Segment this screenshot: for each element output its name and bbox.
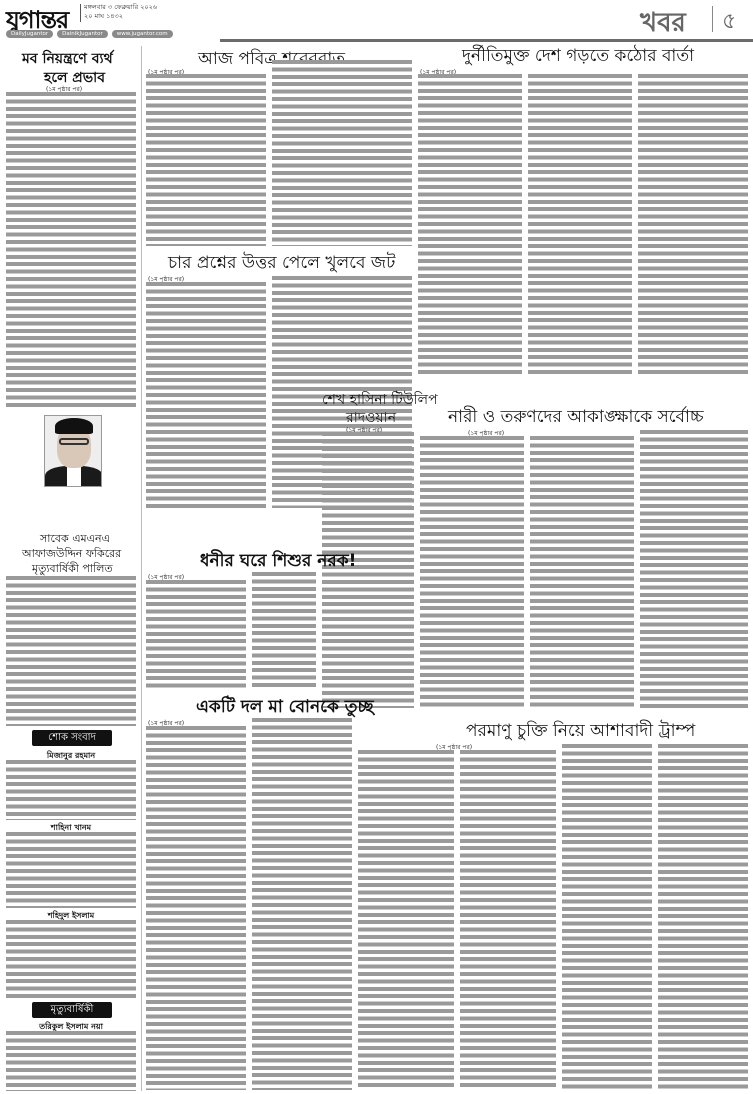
divider <box>80 4 81 22</box>
website-link[interactable]: www.jugantor.com <box>112 30 173 38</box>
article-body <box>418 74 522 374</box>
headline-nuclear-deal-trump: পরমাণু চুক্তি নিয়ে আশাবাদী ট্রাম্প <box>466 718 695 746</box>
article-body <box>146 74 266 246</box>
social-links: DailyJugantor DainikJugantor www.juganto… <box>6 30 173 38</box>
article-body <box>252 718 352 1090</box>
date-block: মঙ্গলবার ৩ ফেব্রুয়ারি ২০২৬ ২০ মাঘ ১৪৩২ <box>84 3 157 21</box>
article-body <box>146 726 246 1090</box>
social-x-link[interactable]: DailyJugantor <box>6 30 53 38</box>
divider <box>712 6 713 32</box>
article-body <box>640 430 748 708</box>
article-body <box>420 436 524 708</box>
article-body <box>6 920 136 1000</box>
date-bangla: ২০ মাঘ ১৪৩২ <box>84 12 157 21</box>
article-body <box>358 750 454 1090</box>
headline-four-questions: চার প্রশ্নের উত্তর পেলে খুলবে জট <box>168 250 395 278</box>
column-divider <box>141 46 142 1091</box>
page-number: ৫ <box>722 4 736 41</box>
article-body <box>146 580 246 690</box>
date-gregorian: মঙ্গলবার ৩ ফেব্রুয়ারি ২০২৬ <box>84 3 157 12</box>
headline-corruption-free: দুর্নীতিমুক্ত দেশ গড়তে কঠোর বার্তা <box>462 43 694 71</box>
death-anniversary-banner: মৃত্যুবার্ষিকী <box>32 1002 112 1018</box>
article-body <box>272 60 412 246</box>
article-body <box>528 74 632 374</box>
article-body <box>562 744 652 1090</box>
article-body <box>252 572 316 690</box>
article-body <box>6 760 136 820</box>
article-body <box>146 282 266 508</box>
article-body <box>6 576 136 726</box>
article-body <box>530 436 634 708</box>
article-body <box>6 1031 136 1091</box>
article-body <box>638 74 748 374</box>
article-body <box>6 92 136 410</box>
masthead: যুগান্তর মঙ্গলবার ৩ ফেব্রুয়ারি ২০২৬ ২০ … <box>0 0 753 42</box>
article-body <box>460 750 556 1090</box>
portrait-photo <box>44 415 102 487</box>
social-facebook-link[interactable]: DainikJugantor <box>57 30 108 38</box>
section-title: খবর <box>640 2 686 46</box>
condolence-banner: শোক সংবাদ <box>32 730 112 746</box>
article-body <box>658 744 748 1090</box>
article-body <box>6 832 136 908</box>
